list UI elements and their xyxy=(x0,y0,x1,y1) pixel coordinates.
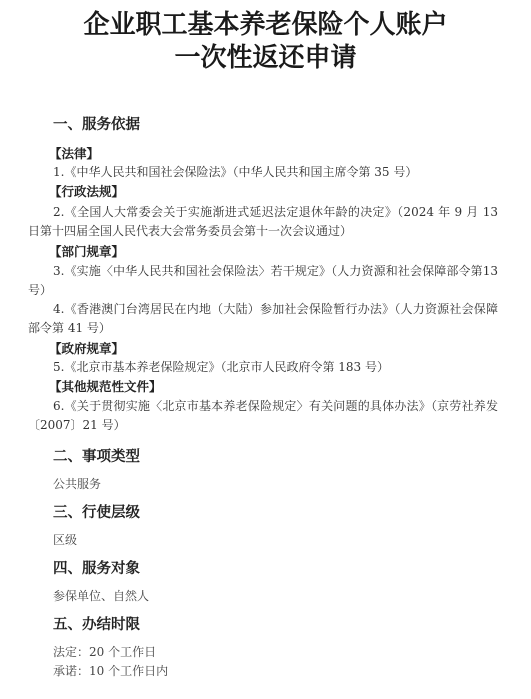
category-other-normative-documents: 【其他规范性文件】 xyxy=(49,378,162,396)
document-title-line1: 企业职工基本养老保险个人账户 xyxy=(0,10,531,40)
matter-type-value: 公共服务 xyxy=(53,475,101,493)
exercise-level-value: 区级 xyxy=(53,531,77,549)
category-department-rules: 【部门规章】 xyxy=(49,243,124,261)
basis-item-4: 4.《香港澳门台湾居民在内地（大陆）参加社会保险暂行办法》（人力资源社会保障部令… xyxy=(28,300,498,338)
basis-item-6: 6.《关于贯彻实施〈北京市基本养老保险规定〉有关问题的具体办法》（京劳社养发〔2… xyxy=(28,397,498,435)
time-limit-promised: 承诺：10 个工作日内 xyxy=(53,662,168,680)
time-limit-statutory: 法定：20 个工作日 xyxy=(53,643,156,661)
document-title-line2: 一次性返还申请 xyxy=(0,43,531,73)
basis-item-2: 2.《全国人大常委会关于实施渐进式延迟法定退休年龄的决定》（2024 年 9 月… xyxy=(28,203,498,241)
document-page: 企业职工基本养老保险个人账户 一次性返还申请 一、服务依据 【法律】 1.《中华… xyxy=(0,0,531,699)
service-object-value: 参保单位、自然人 xyxy=(53,587,149,605)
section-heading-time-limit: 五、办结时限 xyxy=(53,615,140,635)
category-law: 【法律】 xyxy=(49,145,99,163)
section-heading-exercise-level: 三、行使层级 xyxy=(53,503,140,523)
basis-item-3: 3.《实施〈中华人民共和国社会保险法〉若干规定》（人力资源和社会保障部令第13 … xyxy=(28,262,498,300)
basis-item-1: 1.《中华人民共和国社会保险法》（中华人民共和国主席令第 35 号） xyxy=(28,163,498,182)
section-heading-service-object: 四、服务对象 xyxy=(53,559,140,579)
category-government-rules: 【政府规章】 xyxy=(49,340,124,358)
basis-item-5: 5.《北京市基本养老保险规定》（北京市人民政府令第 183 号） xyxy=(28,358,498,377)
category-administrative-regulations: 【行政法规】 xyxy=(49,183,124,201)
section-heading-basis: 一、服务依据 xyxy=(53,115,140,135)
section-heading-matter-type: 二、事项类型 xyxy=(53,447,140,467)
